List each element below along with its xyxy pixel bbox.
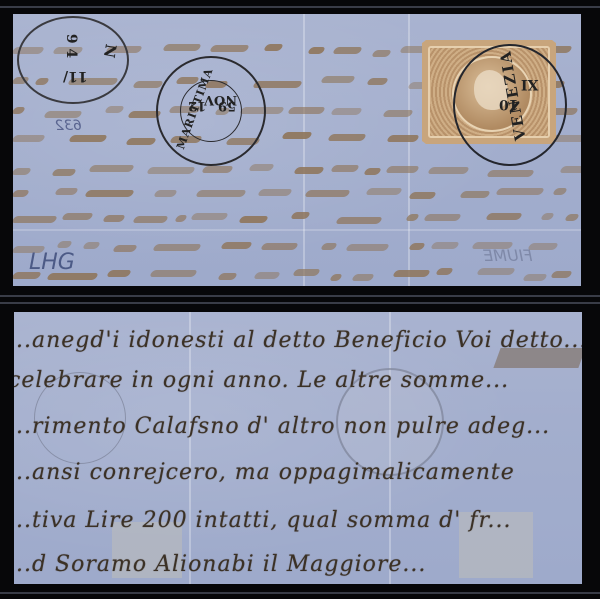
- cancel-town: VENEZIA: [496, 48, 530, 142]
- postmark-date: 9 4: [63, 34, 79, 58]
- handwriting-line-1: ...anegd'i idonesti al detto Beneficio V…: [14, 328, 582, 353]
- maritime-postmark: MARITTIMA 12 NOV 59: [156, 56, 266, 166]
- faint-receiving-mark: FIUME: [483, 246, 533, 265]
- cancel-date: XI: [521, 76, 538, 92]
- postmark-date: 11/: [63, 68, 88, 84]
- partial-postmark: N 9 4 11/: [17, 16, 129, 104]
- postmark-town-letter: N: [100, 43, 120, 60]
- pencil-initials: LHG: [29, 250, 75, 275]
- cover-back: ...anegd'i idonesti al detto Beneficio V…: [14, 312, 582, 584]
- handwriting-line-3: ...rimento Calafsno d' altro non pulre a…: [14, 414, 550, 439]
- frame-line-middle-2: [0, 302, 600, 304]
- handwriting-line-2: celebrare in ogni anno. Le altre somme..…: [14, 368, 509, 393]
- cancel-date: 10: [499, 96, 518, 112]
- fold-line: [13, 229, 581, 231]
- postmark-year: 59: [218, 98, 236, 113]
- handwriting-line-6: ...d Soramo Alionabi il Maggiore...: [14, 552, 426, 577]
- frame-line-top: [0, 6, 600, 8]
- handwriting-line-4: ...ansi conrejcero, ma oppagimalicamente: [14, 460, 515, 485]
- handwriting-line-5: ...tiva Lire 200 intatti, qual somma d' …: [14, 508, 512, 533]
- pencil-number: 632: [55, 118, 82, 134]
- frame-line-bottom: [0, 592, 600, 594]
- frame-line-middle-1: [0, 295, 600, 297]
- cover-front: 632 LHG FIUME N 9 4 11/ MARITTIMA 12 NOV…: [13, 14, 581, 286]
- stamp-cancel-postmark: VENEZIA 10 XI: [453, 44, 567, 166]
